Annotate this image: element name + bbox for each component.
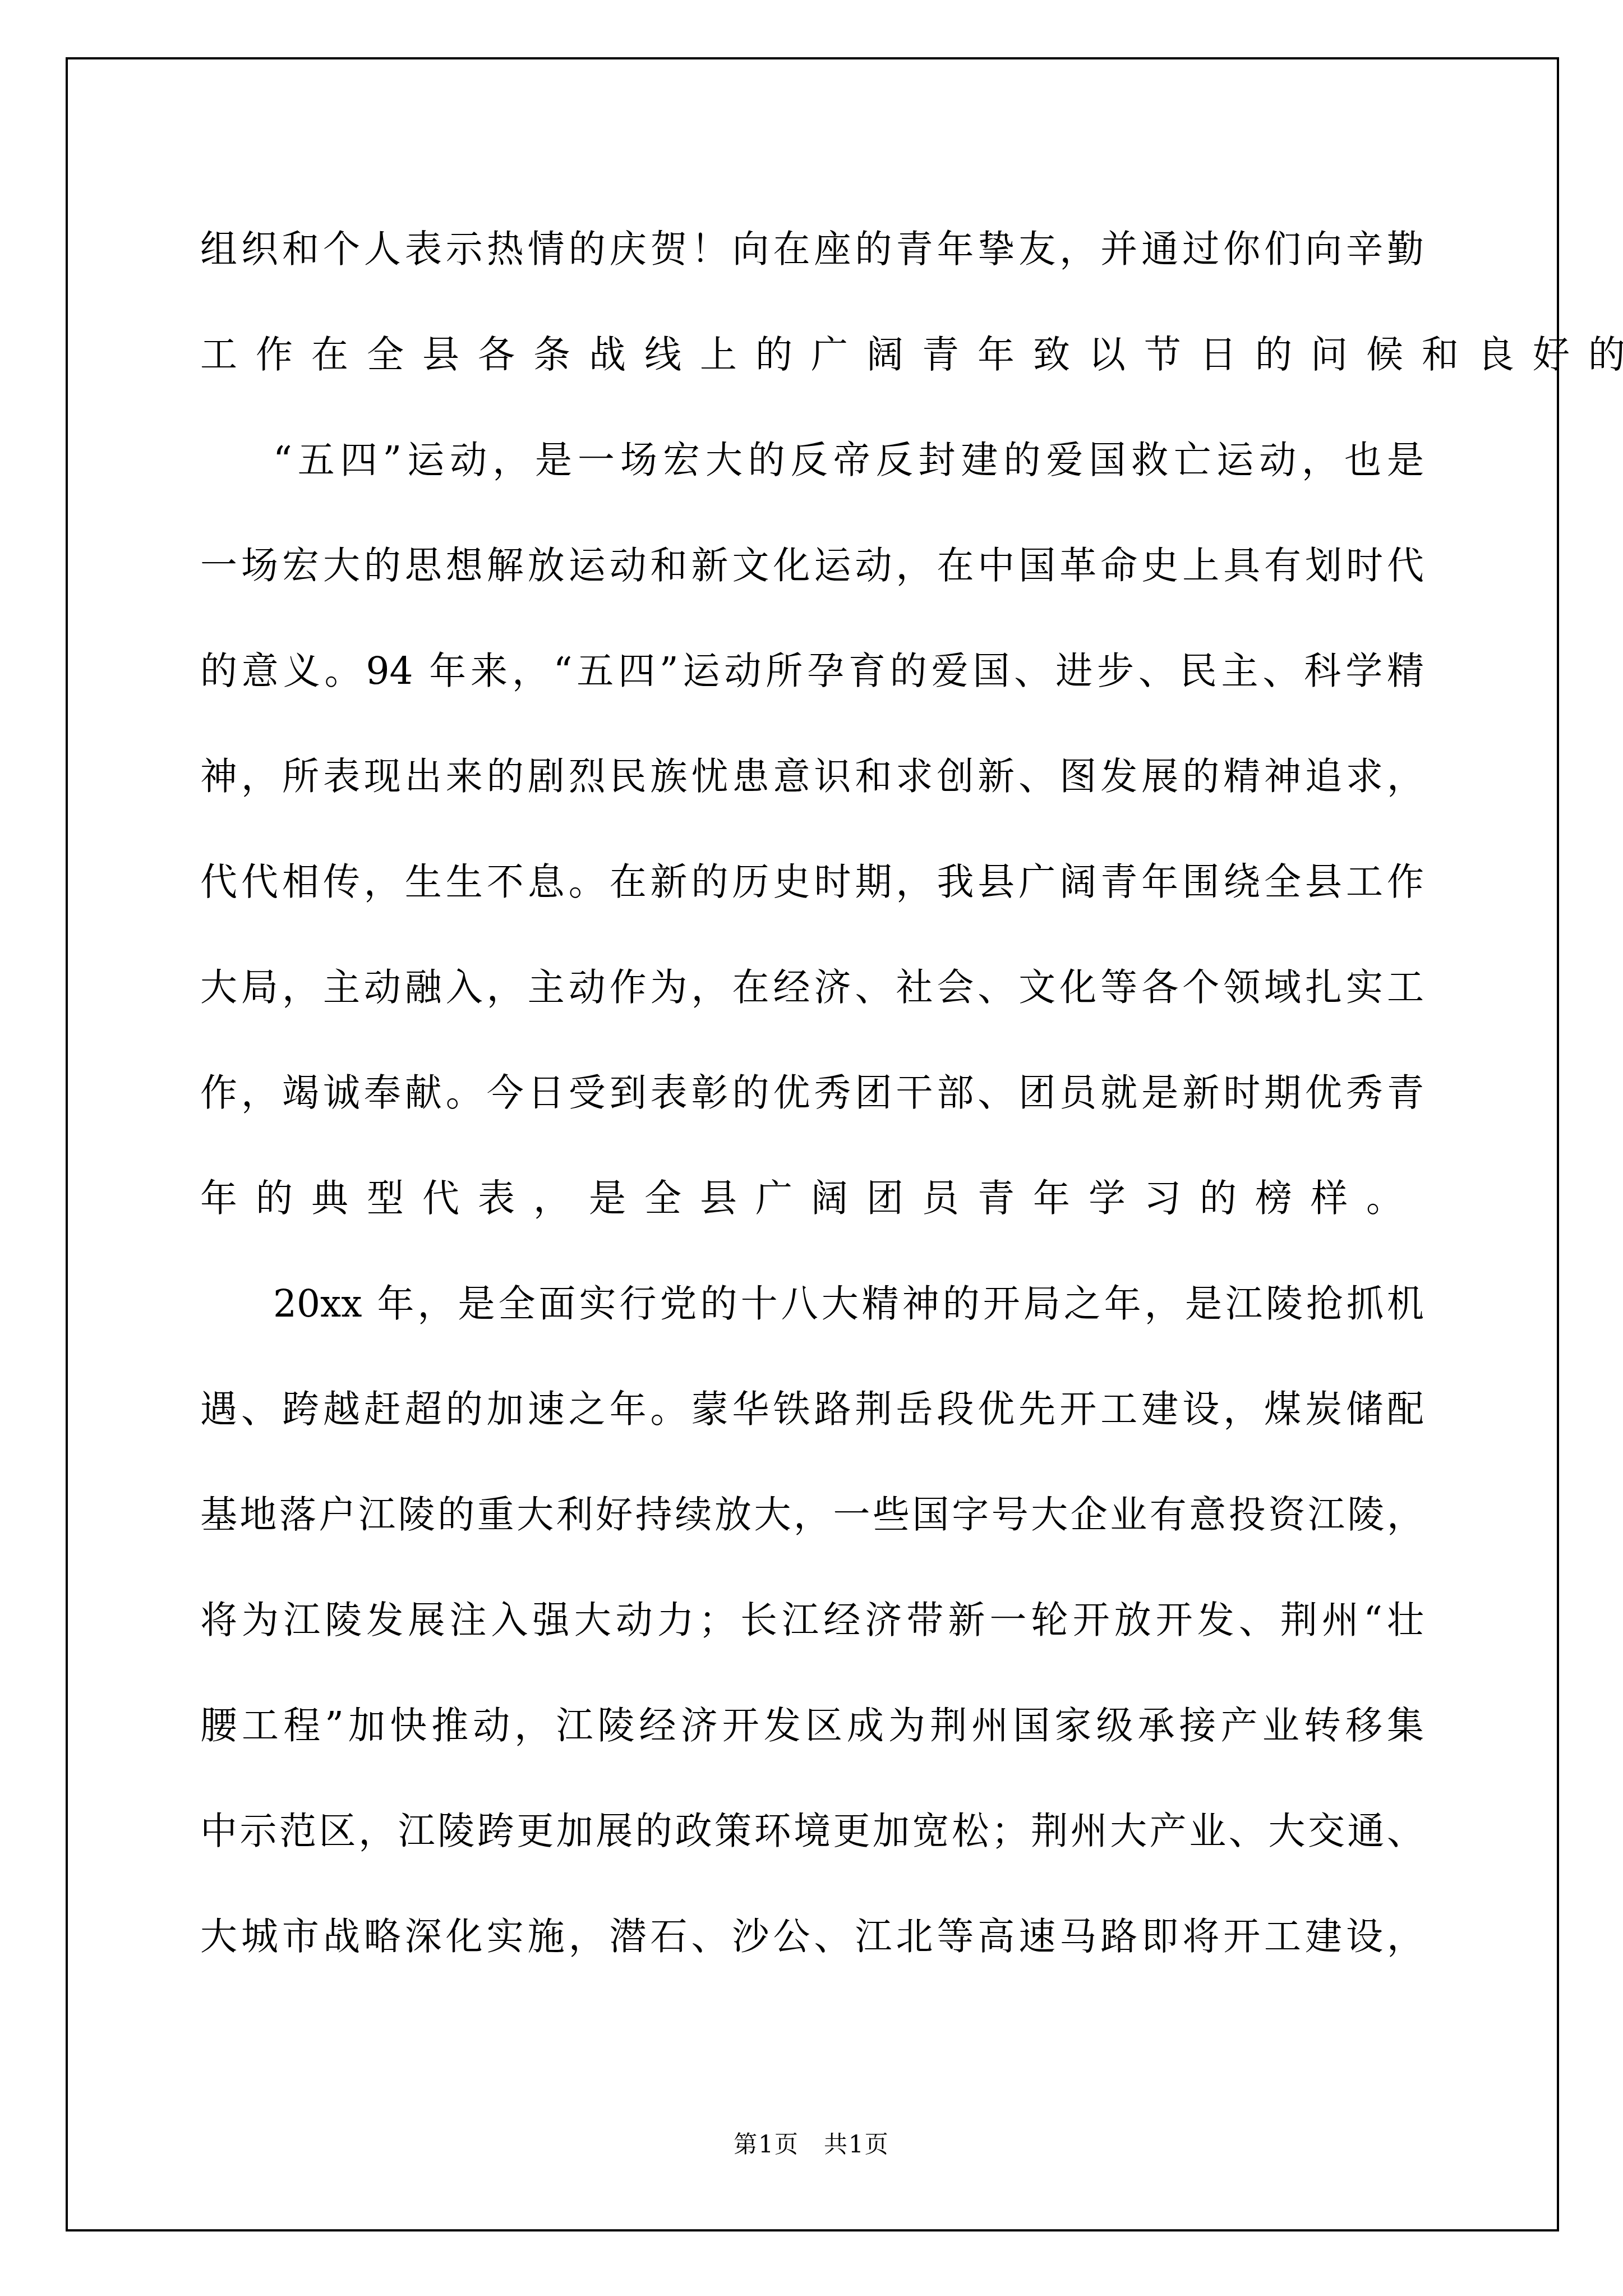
text-line: 年的典型代表，是全县广阔团员青年学习的榜样。 — [200, 1176, 1424, 1222]
text-line: 遇、跨越赶超的加速之年。蒙华铁路荆岳段优先开工建设，煤炭储配 — [200, 1387, 1424, 1433]
text-line: 工作在全县各条战线上的广阔青年致以节日的问候和良好的祝福！ — [200, 332, 1424, 378]
text-line: 作，竭诚奉献。今日受到表彰的优秀团干部、团员就是新时期优秀青 — [200, 1070, 1424, 1116]
text-line: 神，所表现出来的剧烈民族忧患意识和求创新、图发展的精神追求， — [200, 754, 1424, 800]
text-line-paragraph-start: “五四”运动，是一场宏大的反帝反封建的爱国救亡运动，也是 — [273, 438, 1424, 484]
text-line: 将为江陵发展注入强大动力；长江经济带新一轮开放开发、荆州“壮 — [200, 1598, 1424, 1644]
text-line: 腰工程”加快推动，江陵经济开发区成为荆州国家级承接产业转移集 — [200, 1703, 1424, 1749]
text-line: 大城市战略深化实施，潜石、沙公、江北等高速马路即将开工建设， — [200, 1914, 1424, 1960]
text-line: 一场宏大的思想解放运动和新文化运动，在中国革命史上具有划时代 — [200, 543, 1424, 589]
text-line: 组织和个人表示热情的庆贺！向在座的青年挚友，并通过你们向辛勤 — [200, 227, 1424, 273]
text-line: 基地落户江陵的重大利好持续放大，一些国字号大企业有意投资江陵， — [200, 1492, 1424, 1538]
page-border — [66, 57, 1559, 2231]
page-number-footer: 第1页 共1页 — [0, 2131, 1623, 2159]
text-line: 的意义。94 年来，“五四”运动所孕育的爱国、进步、民主、科学精 — [200, 648, 1424, 694]
text-line: 代代相传，生生不息。在新的历史时期，我县广阔青年围绕全县工作 — [200, 859, 1424, 905]
text-line: 大局，主动融入，主动作为，在经济、社会、文化等各个领域扎实工 — [200, 965, 1424, 1011]
text-line: 中示范区，江陵跨更加展的政策环境更加宽松；荆州大产业、大交通、 — [200, 1809, 1424, 1855]
text-line-paragraph-start: 20xx 年，是全面实行党的十八大精神的开局之年，是江陵抢抓机 — [273, 1281, 1424, 1327]
